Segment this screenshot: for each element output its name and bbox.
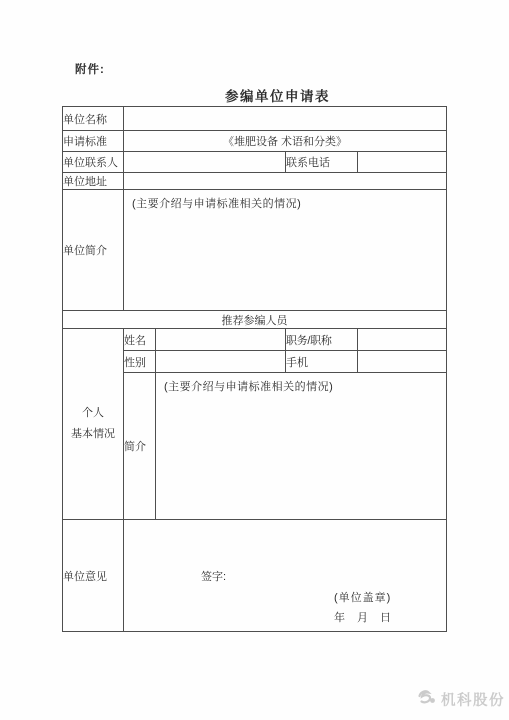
gender-field — [156, 351, 286, 373]
standard-value: 《堆肥设备 术语和分类》 — [124, 131, 447, 152]
date-day-label: 日 — [380, 612, 391, 624]
mobile-field — [358, 351, 447, 373]
contact-field — [124, 152, 286, 173]
intro-label: 简介 — [124, 373, 156, 520]
personal-label: 个人 基本情况 — [63, 329, 124, 520]
standard-label: 申请标准 — [63, 131, 124, 152]
row-unit-name: 单位名称 — [63, 107, 447, 131]
unit-name-field — [124, 107, 447, 131]
attachment-label: 附件: — [75, 61, 105, 77]
name-field — [156, 329, 286, 351]
unit-name-label: 单位名称 — [63, 107, 124, 131]
unit-seal-label: (单位盖章) — [334, 589, 391, 605]
document-page: 附件: 参编单位申请表 单位名称 申请标准 《堆肥设备 术语和分类》 单位联系人… — [0, 0, 509, 720]
row-standard: 申请标准 《堆肥设备 术语和分类》 — [63, 131, 447, 152]
name-label: 姓名 — [124, 329, 156, 351]
contact-label: 单位联系人 — [63, 152, 124, 173]
row-profile: 单位简介 (主要介绍与申请标准相关的情况) — [63, 190, 447, 311]
row-opinion: 单位意见 签字: (单位盖章) 年月日 — [63, 520, 447, 632]
gender-label: 性别 — [124, 351, 156, 373]
opinion-field: 签字: (单位盖章) 年月日 — [124, 520, 447, 632]
date-line: 年月日 — [334, 609, 403, 625]
date-month-label: 月 — [357, 612, 368, 624]
company-logo-icon — [417, 689, 437, 710]
row-address: 单位地址 — [63, 173, 447, 190]
page-title: 参编单位申请表 — [225, 85, 330, 105]
row-person-name: 个人 基本情况 姓名 职务/职称 — [63, 329, 447, 351]
mobile-label: 手机 — [286, 351, 358, 373]
title-field — [358, 329, 447, 351]
opinion-content: 签字: (单位盖章) 年月日 — [124, 520, 446, 631]
address-field — [124, 173, 447, 190]
profile-hint: (主要介绍与申请标准相关的情况) — [124, 190, 446, 211]
title-label: 职务/职称 — [286, 329, 358, 351]
intro-hint: (主要介绍与申请标准相关的情况) — [156, 373, 446, 394]
watermark: 机科股份 — [417, 689, 505, 710]
phone-field — [358, 152, 447, 173]
date-year-label: 年 — [334, 612, 345, 624]
recommend-header: 推荐参编人员 — [63, 311, 447, 329]
row-contact: 单位联系人 联系电话 — [63, 152, 447, 173]
phone-label: 联系电话 — [286, 152, 358, 173]
opinion-label: 单位意见 — [63, 520, 124, 632]
personal-label-line1: 个人 — [82, 407, 104, 419]
application-form-table: 单位名称 申请标准 《堆肥设备 术语和分类》 单位联系人 联系电话 单位地址 单… — [62, 106, 447, 632]
profile-label: 单位简介 — [63, 190, 124, 311]
address-label: 单位地址 — [63, 173, 124, 190]
row-recommend-header: 推荐参编人员 — [63, 311, 447, 329]
profile-field: (主要介绍与申请标准相关的情况) — [124, 190, 447, 311]
intro-field: (主要介绍与申请标准相关的情况) — [156, 373, 447, 520]
watermark-text: 机科股份 — [441, 689, 505, 710]
personal-label-line2: 基本情况 — [71, 428, 115, 440]
signature-label: 签字: — [201, 568, 226, 584]
